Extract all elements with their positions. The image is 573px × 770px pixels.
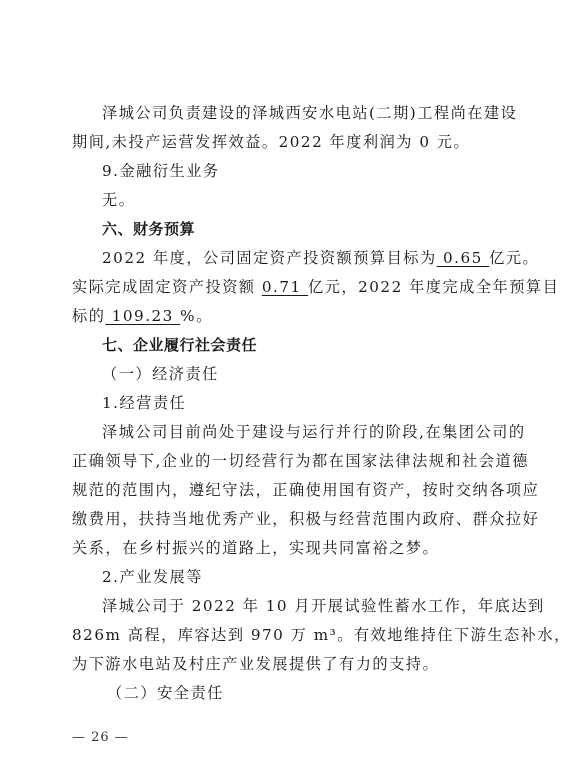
- paragraph-line: 关系，在乡村振兴的道路上，实现共同富裕之梦。: [72, 534, 439, 563]
- text: 关系，在乡村振兴的道路上，实现共同富裕之梦。: [72, 539, 439, 557]
- text: 正确领导下,企业的一切经营行为都在国家法律法规和社会道德: [72, 452, 529, 470]
- text: 规范的范围内，遵纪守法，正确使用国有资产，按时交纳各项应: [72, 481, 539, 499]
- page-number: — 26 —: [72, 730, 129, 745]
- heading-finance-budget: 六、财务预算: [102, 215, 195, 244]
- text: %。: [180, 307, 213, 325]
- text: 期间,未投产运营发挥效益。2022 年度利润为 0 元。: [72, 133, 470, 151]
- text: 2022 年度，公司固定资产投资额预算目标为: [102, 249, 437, 267]
- section-title-text: 1.经营责任: [102, 394, 186, 412]
- heading-text: 七、企业履行社会责任: [102, 336, 257, 354]
- section-title-industry: 2.产业发展等: [102, 563, 203, 592]
- section-body-9: 无。: [102, 186, 135, 215]
- text: 泽城公司目前尚处于建设与运行并行的阶段,在集团公司的: [102, 423, 526, 441]
- paragraph-line: 泽城公司于 2022 年 10 月开展试验性蓄水工作，年底达到: [102, 592, 545, 621]
- section-title-operations: 1.经营责任: [102, 389, 186, 418]
- subheading-text: （一）经济责任: [102, 365, 219, 383]
- heading-social-responsibility: 七、企业履行社会责任: [102, 331, 257, 360]
- section-title-text: 9.金融衍生业务: [102, 162, 220, 180]
- section-title-text: 2.产业发展等: [102, 568, 203, 586]
- paragraph-line: 826m 高程，库容达到 970 万 m³。有效地维持住下游生态补水，: [72, 621, 571, 650]
- paragraph-line: 泽城公司目前尚处于建设与运行并行的阶段,在集团公司的: [102, 418, 526, 447]
- subheading-economic-responsibility: （一）经济责任: [102, 360, 219, 389]
- section-title-9: 9.金融衍生业务: [102, 157, 220, 186]
- text: 缴费用，扶持当地优秀产业，积极与经营范围内政府、群众拉好: [72, 510, 539, 528]
- text: 亿元。: [489, 249, 539, 267]
- heading-text: 六、财务预算: [102, 220, 195, 238]
- budget-line-1: 2022 年度，公司固定资产投资额预算目标为 0.65 亿元。: [102, 244, 539, 273]
- text: 泽城公司于 2022 年 10 月开展试验性蓄水工作，年底达到: [102, 597, 545, 615]
- section-body-text: 无。: [102, 191, 135, 209]
- text: 实际完成固定资产投资额: [72, 278, 256, 296]
- text: 为下游水电站及村庄产业发展提供了有力的支持。: [72, 655, 439, 673]
- budget-line-2: 实际完成固定资产投资额 0.71 亿元，2022 年度完成全年预算目: [72, 273, 559, 302]
- paragraph-line: 缴费用，扶持当地优秀产业，积极与经营范围内政府、群众拉好: [72, 505, 539, 534]
- budget-actual-value: 0.71: [262, 278, 308, 296]
- paragraph-line: 规范的范围内，遵纪守法，正确使用国有资产，按时交纳各项应: [72, 476, 539, 505]
- paragraph-line: 正确领导下,企业的一切经营行为都在国家法律法规和社会道德: [72, 447, 529, 476]
- paragraph-line: 期间,未投产运营发挥效益。2022 年度利润为 0 元。: [72, 128, 470, 157]
- subheading-safety-responsibility: （二）安全责任: [107, 679, 224, 708]
- budget-line-3: 标的 109.23 %。: [72, 302, 213, 331]
- paragraph-line: 泽城公司负责建设的泽城西安水电站(二期)工程尚在建设: [102, 99, 517, 128]
- budget-completion-rate: 109.23: [105, 307, 180, 325]
- text: 标的: [72, 307, 105, 325]
- text: 826m 高程，库容达到 970 万 m³。有效地维持住下游生态补水，: [72, 626, 571, 644]
- subheading-text: （二）安全责任: [107, 684, 224, 702]
- text: 泽城公司负责建设的泽城西安水电站(二期)工程尚在建设: [102, 104, 517, 122]
- text: 亿元，2022 年度完成全年预算目: [308, 278, 559, 296]
- budget-target-value: 0.65: [437, 249, 489, 267]
- paragraph-line: 为下游水电站及村庄产业发展提供了有力的支持。: [72, 650, 439, 679]
